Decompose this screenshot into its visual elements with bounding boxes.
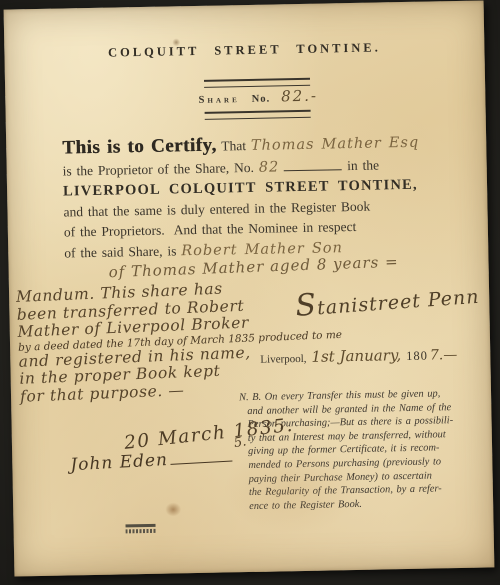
certificate-paper: COLQUITT STREET TONTINE. Share No. 82.- … xyxy=(4,0,495,576)
certificate-body: This is to Certify, That Thomas Mather E… xyxy=(62,131,466,264)
fill-in-rule xyxy=(283,157,341,171)
paper-stain xyxy=(165,502,181,516)
clerk-signature-text: John Eden xyxy=(70,450,169,475)
clerk-signature: John Eden xyxy=(70,447,233,476)
photo-background: COLQUITT STREET TONTINE. Share No. 82.- … xyxy=(0,0,500,585)
dateline-handwritten-date: 1st January, xyxy=(311,346,401,366)
share-label: Share xyxy=(199,94,240,106)
dateline-printed-year: 180 xyxy=(406,349,428,364)
share-number-line: Share No. 82.- xyxy=(25,83,491,111)
printer-imprint-bar xyxy=(126,524,156,528)
certify-line-2-text: is the Proprietor of the Share, No. xyxy=(63,159,254,178)
certify-that: That xyxy=(221,138,246,153)
printer-imprint xyxy=(126,524,156,534)
dateline-handwritten-year: 7.— xyxy=(430,347,458,364)
printer-imprint-text-smudge xyxy=(126,529,156,534)
share-no-label: No. xyxy=(252,94,271,105)
certify-line-6-text: of the said Share, is xyxy=(64,243,176,260)
certify-lead: This is to Certify, xyxy=(62,135,217,159)
proprietor-name: Thomas Mather Esq xyxy=(251,135,420,154)
double-rule-bottom xyxy=(205,110,311,120)
paper-stain xyxy=(222,443,364,536)
document-title: COLQUITT STREET TONTINE. xyxy=(4,38,484,62)
dateline: Liverpool, 1st January, 1807.— xyxy=(260,345,457,367)
share-number-fillin: 82 xyxy=(259,159,280,175)
dateline-place: Liverpool, xyxy=(260,353,306,366)
certify-line-2-end: in the xyxy=(347,157,379,173)
share-number-handwritten: 82.- xyxy=(281,87,318,106)
signature-flourish xyxy=(170,450,233,465)
